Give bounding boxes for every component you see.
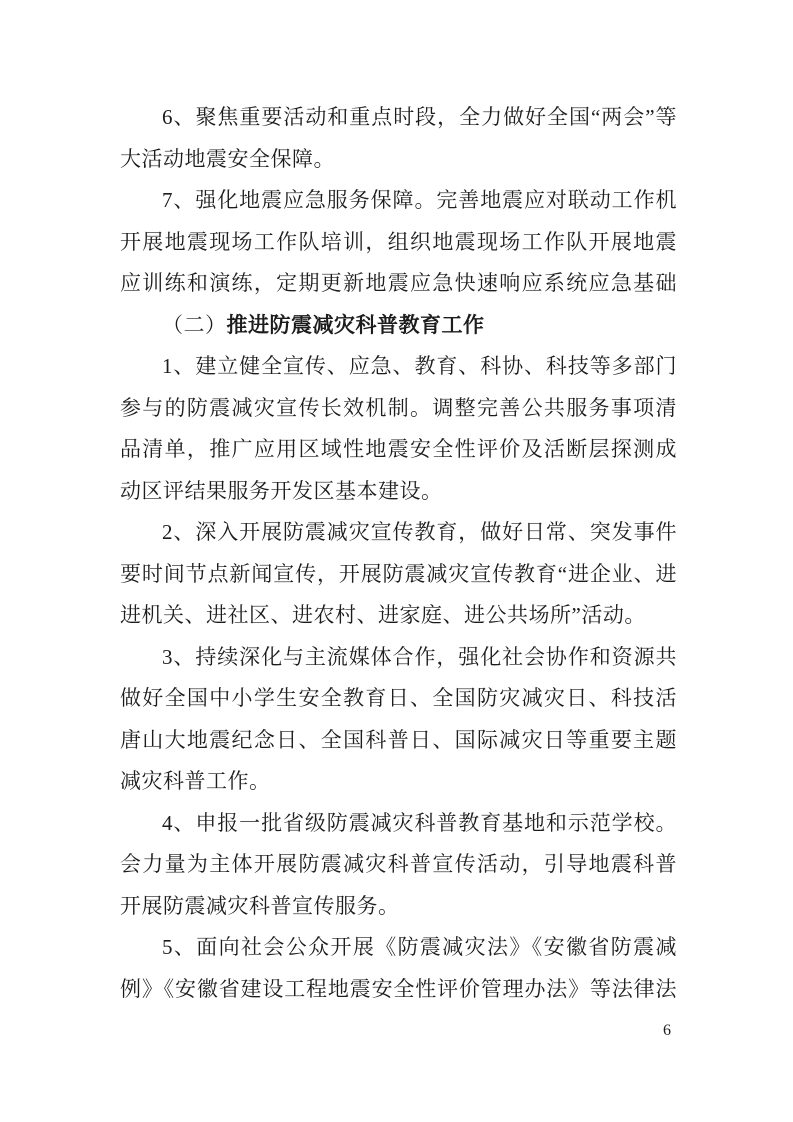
- document-page: 6、聚焦重要活动和重点时段，全力做好全国“两会”等重大活动地震安全保障。7、强化…: [0, 0, 793, 1122]
- section-heading-title: 推进防震减灾科普教育工作: [227, 313, 485, 337]
- text-line: 大活动地震安全保障。: [120, 139, 677, 181]
- text-line: 4、申报一批省级防震减灾科普教育基地和示范学校。以社: [120, 803, 677, 845]
- text-line: 会力量为主体开展防震减灾科普宣传活动，引导地震科普志愿者: [120, 844, 677, 886]
- section-heading: （二）推进防震减灾科普教育工作: [120, 305, 677, 347]
- text-line: 开展防震减灾科普宣传服务。: [120, 886, 677, 928]
- text-line: 7、强化地震应急服务保障。完善地震应对联动工作机制，: [120, 180, 677, 222]
- text-line: 唐山大地震纪念日、全国科普日、国际减灾日等重要主题日防震: [120, 720, 677, 762]
- text-line: 品清单，推广应用区域性地震安全性评价及活断层探测成果，推: [120, 429, 677, 471]
- text-line: 例》《安徽省建设工程地震安全性评价管理办法》等法律法规规: [120, 969, 677, 1011]
- section-heading-number: （二）: [162, 313, 227, 337]
- text-line: 6、聚焦重要活动和重点时段，全力做好全国“两会”等重: [120, 97, 677, 139]
- text-line: 做好全国中小学生安全教育日、全国防灾减灾日、科技活动周、: [120, 678, 677, 720]
- text-line: 5、面向社会公众开展《防震减灾法》《安徽省防震减灾条: [120, 927, 677, 969]
- text-line: 减灾科普工作。: [120, 761, 677, 803]
- text-line: 3、持续深化与主流媒体合作，强化社会协作和资源共享，: [120, 637, 677, 679]
- text-line: 2、深入开展防震减灾宣传教育，做好日常、突发事件和重: [120, 512, 677, 554]
- text-line: 开展地震现场工作队培训，组织地震现场工作队开展地震应急响: [120, 222, 677, 264]
- text-line: 动区评结果服务开发区基本建设。: [120, 471, 677, 513]
- page-number: 6: [663, 1021, 671, 1041]
- text-line: 1、建立健全宣传、应急、教育、科协、科技等多部门共同: [120, 346, 677, 388]
- text-line: 要时间节点新闻宣传，开展防震减灾宣传教育“进企业、进校园、: [120, 554, 677, 596]
- text-line: 进机关、进社区、进农村、进家庭、进公共场所”活动。: [120, 595, 677, 637]
- text-line: 应训练和演练，定期更新地震应急快速响应系统应急基础数据。: [120, 263, 677, 305]
- document-content: 6、聚焦重要活动和重点时段，全力做好全国“两会”等重大活动地震安全保障。7、强化…: [120, 97, 677, 1010]
- text-line: 参与的防震减灾宣传长效机制。调整完善公共服务事项清单和产: [120, 388, 677, 430]
